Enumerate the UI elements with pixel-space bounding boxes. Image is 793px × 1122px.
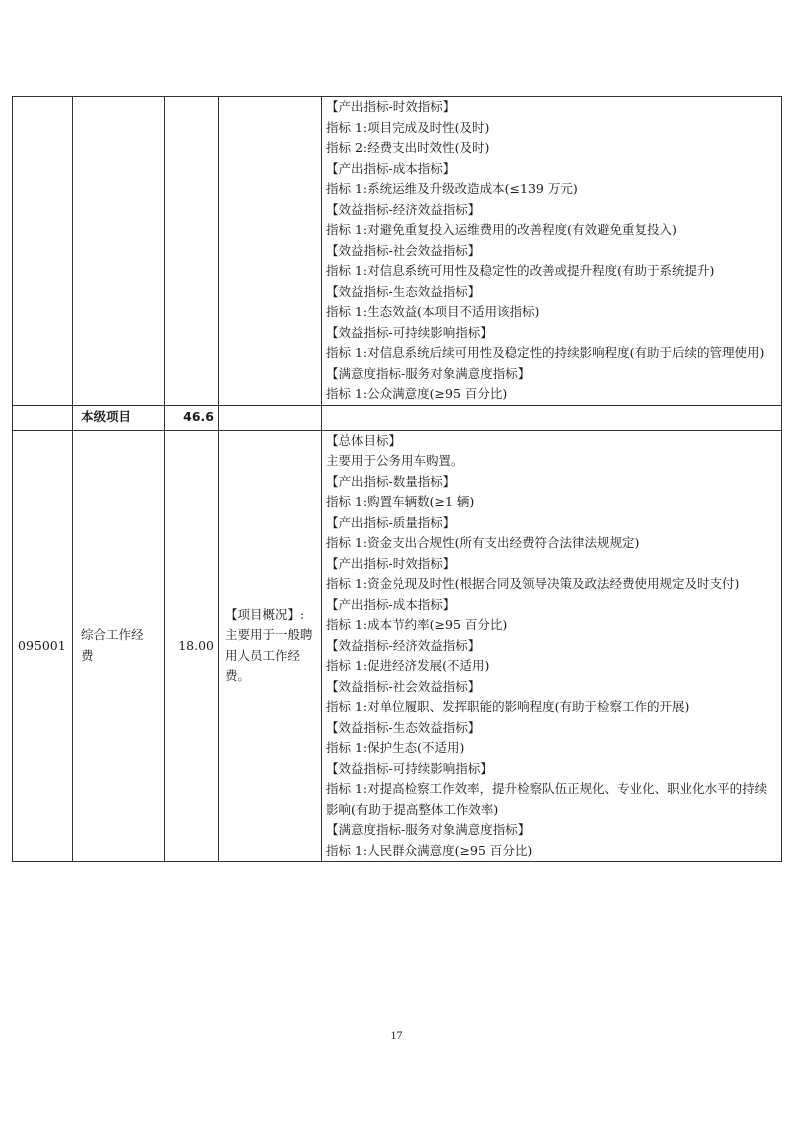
name-cell: 本级项目	[73, 405, 165, 430]
goal-line: 指标 1:公众满意度(≥95 百分比)	[326, 384, 777, 405]
overview-cell	[219, 97, 322, 406]
goal-line: 指标 1:资金支出合规性(所有支出经费符合法律法规规定)	[326, 533, 777, 554]
goal-line: 【效益指标-可持续影响指标】	[326, 759, 777, 780]
code-cell: 095001	[13, 430, 73, 862]
goal-line: 【产出指标-质量指标】	[326, 513, 777, 534]
goal-line: 指标 1:保护生态(不适用)	[326, 738, 777, 759]
overview-cell	[219, 405, 322, 430]
goal-line: 指标 1:对信息系统后续可用性及稳定性的持续影响程度(有助于后续的管理使用)	[326, 343, 777, 364]
amount-cell: 18.00	[165, 430, 219, 862]
goal-line: 指标 1:系统运维及升级改造成本(≤139 万元)	[326, 179, 777, 200]
name-cell: 综合工作经费	[73, 430, 165, 862]
table-row: 095001 综合工作经费 18.00 【项目概况】:主要用于一般聘用人员工作经…	[13, 430, 782, 862]
goal-line: 【效益指标-社会效益指标】	[326, 241, 777, 262]
page-number: 17	[0, 1028, 793, 1043]
subtotal-row: 本级项目 46.6	[13, 405, 782, 430]
overview-cell: 【项目概况】:主要用于一般聘用人员工作经费。	[219, 430, 322, 862]
goals-cell	[322, 405, 782, 430]
amount-cell: 46.6	[165, 405, 219, 430]
goal-line: 指标 1:成本节约率(≥95 百分比)	[326, 615, 777, 636]
goal-line: 【产出指标-数量指标】	[326, 472, 777, 493]
goal-line: 指标 2:经费支出时效性(及时)	[326, 138, 777, 159]
goal-line: 指标 1:对信息系统可用性及稳定性的改善或提升程度(有助于系统提升)	[326, 261, 777, 282]
goal-line: 【总体目标】	[326, 431, 777, 452]
code-cell	[13, 97, 73, 406]
goal-line: 指标 1:促进经济发展(不适用)	[326, 656, 777, 677]
code-cell	[13, 405, 73, 430]
goal-line: 指标 1:对提高检察工作效率，提升检察队伍正规化、专业化、职业化水平的持续影响(…	[326, 779, 777, 820]
goal-line: 指标 1:人民群众满意度(≥95 百分比)	[326, 841, 777, 862]
goal-line: 【效益指标-社会效益指标】	[326, 677, 777, 698]
goal-line: 【产出指标-时效指标】	[326, 97, 777, 118]
goals-cell: 【总体目标】 主要用于公务用车购置。 【产出指标-数量指标】 指标 1:购置车辆…	[322, 430, 782, 862]
goal-line: 【效益指标-经济效益指标】	[326, 636, 777, 657]
goal-line: 指标 1:项目完成及时性(及时)	[326, 118, 777, 139]
goals-cell: 【产出指标-时效指标】 指标 1:项目完成及时性(及时) 指标 2:经费支出时效…	[322, 97, 782, 406]
goal-line: 【效益指标-生态效益指标】	[326, 718, 777, 739]
goal-line: 【满意度指标-服务对象满意度指标】	[326, 820, 777, 841]
goal-line: 指标 1:生态效益(本项目不适用该指标)	[326, 302, 777, 323]
table-row: 【产出指标-时效指标】 指标 1:项目完成及时性(及时) 指标 2:经费支出时效…	[13, 97, 782, 406]
goal-line: 【产出指标-成本指标】	[326, 595, 777, 616]
goal-line: 指标 1:对单位履职、发挥职能的影响程度(有助于检察工作的开展)	[326, 697, 777, 718]
goal-line: 指标 1:购置车辆数(≥1 辆)	[326, 492, 777, 513]
goal-line: 【效益指标-生态效益指标】	[326, 282, 777, 303]
goal-line: 【效益指标-可持续影响指标】	[326, 323, 777, 344]
project-table: 【产出指标-时效指标】 指标 1:项目完成及时性(及时) 指标 2:经费支出时效…	[12, 96, 782, 862]
goal-line: 主要用于公务用车购置。	[326, 451, 777, 472]
goal-line: 【产出指标-时效指标】	[326, 554, 777, 575]
goal-line: 【产出指标-成本指标】	[326, 159, 777, 180]
goal-line: 【满意度指标-服务对象满意度指标】	[326, 364, 777, 385]
name-cell	[73, 97, 165, 406]
goal-line: 指标 1:资金兑现及时性(根据合同及领导决策及政法经费使用规定及时支付)	[326, 574, 777, 595]
goal-line: 【效益指标-经济效益指标】	[326, 200, 777, 221]
amount-cell	[165, 97, 219, 406]
goal-line: 指标 1:对避免重复投入运维费用的改善程度(有效避免重复投入)	[326, 220, 777, 241]
